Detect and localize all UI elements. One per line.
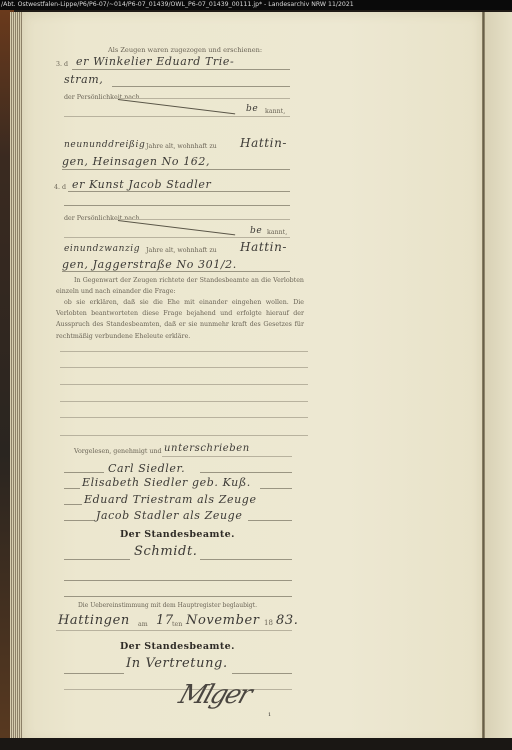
registrar-lead-rule (64, 559, 130, 560)
certification-year-prefix: 18 (264, 619, 273, 627)
witness4-rule2 (64, 205, 290, 206)
witness4-strike-line (118, 220, 235, 235)
witness3-rule3 (64, 116, 290, 117)
witness3-strike-line (118, 99, 235, 114)
witnesses-intro: Als Zeugen waren zugezogen und erschiene… (108, 46, 262, 54)
witness4-number: 4. d (54, 184, 66, 191)
witness3-residence-line2: gen, Heinsagen No 162, (62, 155, 210, 168)
read-approved-label: Vorgelesen, genehmigt und (74, 448, 162, 455)
witness3-name-line1: er Winkelier Eduard Trie- (76, 55, 234, 68)
sig1-trail-rule (200, 472, 292, 473)
blank-rule-6 (60, 435, 308, 436)
read-approved-value: unterschrieben (164, 443, 250, 454)
blank-rule-5 (60, 417, 308, 418)
window-title: /Abt. Ostwestfalen-Lippe/P6/P6-07/~014/P… (1, 1, 354, 8)
sig4-trail-rule (248, 520, 292, 521)
certification-place: Hattingen (58, 613, 130, 628)
final-signature: Mlger (175, 680, 254, 710)
witness3-identity-value: be (246, 104, 258, 114)
blank-rule-4 (60, 401, 308, 402)
ceremony-question-paragraph: In Gegenwart der Zeugen richtete der Sta… (56, 275, 304, 297)
signature-bride: Elisabeth Siedler geb. Kuß. (82, 476, 251, 489)
witness4-identity-value: be (250, 226, 262, 236)
bottom-shadow (0, 738, 512, 750)
register-page: Als Zeugen waren zugezogen und erschiene… (22, 12, 482, 742)
certification-text: Die Uebereinstimmung mit dem Hauptregist… (78, 602, 257, 609)
witness4-age: einundzwanzig (64, 244, 140, 254)
witness3-number: 3. d (56, 61, 68, 68)
sig2-lead-rule (64, 488, 80, 489)
witness3-rule1 (72, 69, 290, 70)
registrar-heading-2: Der Standesbeamte. (120, 641, 235, 652)
blank-rule-3 (60, 384, 308, 385)
witness4-rule3 (64, 237, 290, 238)
witness3-known: kannt, (265, 108, 285, 115)
facing-page-edge (485, 12, 512, 742)
witness3-identity-rule (116, 98, 290, 99)
signature-witness4: Jacob Stadler als Zeuge (96, 509, 242, 522)
certification-year-suffix: 83. (276, 613, 298, 628)
witness4-residence-line2: gen, Jaggerstraße No 301/2. (62, 258, 237, 271)
certification-am: am (138, 621, 148, 628)
registrar-signature: Schmidt. (134, 544, 198, 559)
certification-month: November (186, 613, 260, 628)
sig1-lead-rule (64, 472, 104, 473)
witness4-rule4 (62, 271, 290, 272)
signature-witness3: Eduard Triestram als Zeuge (84, 493, 257, 506)
deputy-rule2 (64, 689, 292, 690)
blank-rule-1 (60, 351, 308, 352)
witness3-age-label: Jahre alt, wohnhaft zu (146, 143, 217, 150)
registrar-rule3 (64, 596, 292, 597)
witness3-rule2 (112, 86, 290, 87)
sig3-lead-rule (64, 504, 82, 505)
sig4-lead-rule (64, 520, 94, 521)
registrar-heading: Der Standesbeamte. (120, 529, 235, 540)
blank-rule-2 (60, 367, 308, 368)
witness4-name-line1: er Kunst Jacob Stadler (72, 178, 211, 191)
witness4-rule1 (68, 191, 290, 192)
signature-groom: Carl Siedler. (108, 462, 185, 475)
sig2-trail-rule (260, 488, 292, 489)
window-title-bar: /Abt. Ostwestfalen-Lippe/P6/P6-07/~014/P… (0, 0, 512, 10)
certification-ten: ten (172, 621, 182, 628)
witness4-known: kannt, (267, 229, 287, 236)
certification-rule (56, 630, 292, 631)
deputy-lead-rule (64, 673, 124, 674)
witness3-residence-line1: Hattin- (240, 136, 287, 150)
registrar-trail-rule (200, 559, 292, 560)
read-rule (162, 456, 292, 457)
witness4-residence-line1: Hattin- (240, 240, 287, 254)
witness4-age-label: Jahre alt, wohnhaft zu (146, 247, 217, 254)
witness3-name-line2: stram, (64, 73, 103, 86)
witness4-identity-rule (116, 219, 290, 220)
ceremony-declaration-paragraph: ob sie erklären, daß sie die Ehe mit ein… (56, 297, 304, 342)
deputy-trail-rule (232, 673, 292, 674)
registrar-rule2 (64, 580, 292, 581)
deputy-text: In Vertretung. (126, 656, 228, 671)
page-mark: 1 (268, 712, 271, 718)
witness3-rule4 (62, 169, 290, 170)
witness3-age: neununddreißig (64, 140, 145, 150)
